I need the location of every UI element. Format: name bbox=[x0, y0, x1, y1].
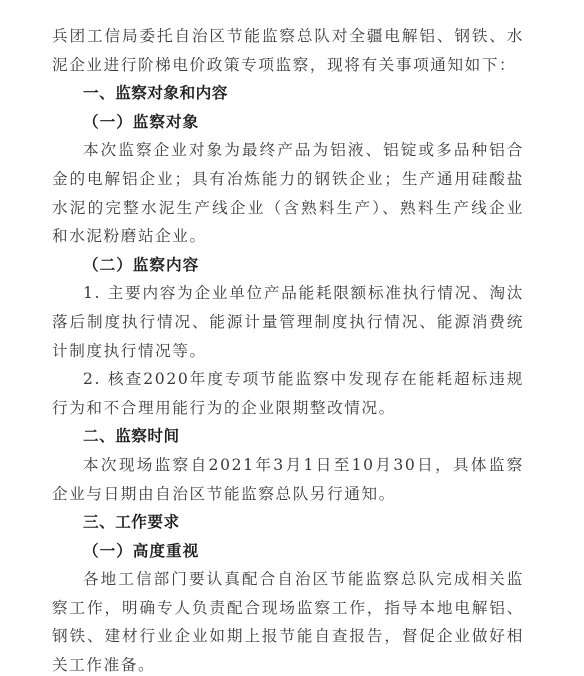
document-page: 兵团工信局委托自治区节能监察总队对全疆电解铝、钢铁、水泥企业进行阶梯电价政策专项… bbox=[52, 22, 524, 676]
paragraph-high-priority: 各地工信部门要认真配合自治区节能监察总队完成相关监察工作，明确专人负责配合现场监… bbox=[52, 565, 524, 676]
intro-paragraph: 兵团工信局委托自治区节能监察总队对全疆电解铝、钢铁、水泥企业进行阶梯电价政策专项… bbox=[52, 22, 524, 79]
paragraph-content-item-1: 1. 主要内容为企业单位产品能耗限额标准执行情况、淘汰落后制度执行情况、能源计量… bbox=[52, 279, 524, 365]
paragraph-supervision-time: 本次现场监察自2021年3月1日至10月30日，具体监察企业与日期由自治区节能监… bbox=[52, 451, 524, 508]
subsection-heading-1-1: （一）监察对象 bbox=[52, 108, 524, 137]
subsection-heading-3-1: （一）高度重视 bbox=[52, 537, 524, 566]
section-heading-2: 二、监察时间 bbox=[52, 422, 524, 451]
subsection-heading-1-2: （二）监察内容 bbox=[52, 251, 524, 280]
section-heading-3: 三、工作要求 bbox=[52, 508, 524, 537]
paragraph-supervision-targets: 本次监察企业对象为最终产品为铝液、铝锭或多品种铝合金的电解铝企业；具有冶炼能力的… bbox=[52, 136, 524, 250]
section-heading-1: 一、监察对象和内容 bbox=[52, 79, 524, 108]
paragraph-content-item-2: 2. 核查2020年度专项节能监察中发现存在能耗超标违规行为和不合理用能行为的企… bbox=[52, 365, 524, 422]
